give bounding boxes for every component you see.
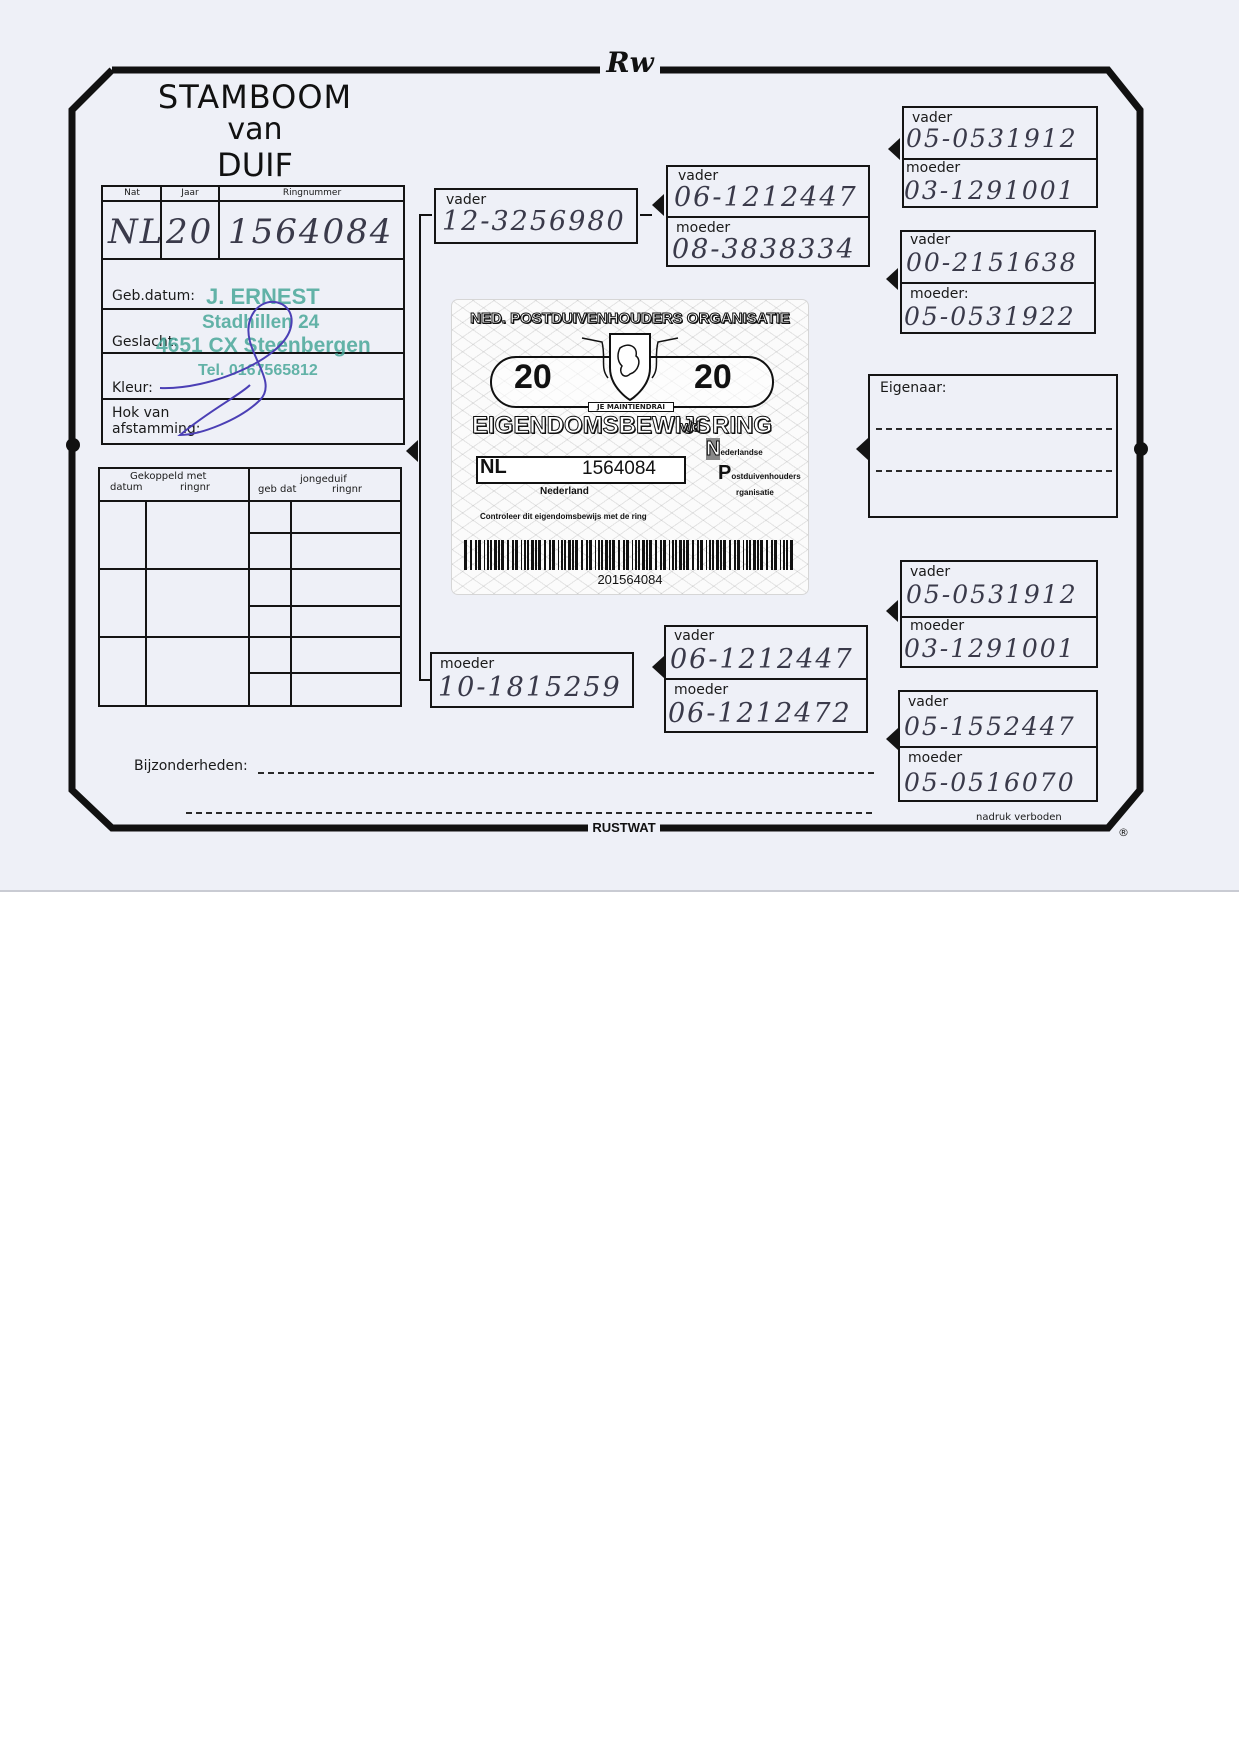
header-datum: datum (110, 482, 142, 493)
ggp1-moeder-ring: 03-1291001 (904, 176, 1076, 205)
country-name: Nederland (540, 486, 589, 497)
certificate-org: NED. POSTDUIVENHOUDERS ORGANISATIE (452, 310, 808, 327)
certificate-ring-number: 1564084 (582, 458, 656, 480)
registered-mark: ® (1118, 826, 1129, 839)
arrow-to-ggp-1 (888, 138, 900, 160)
ggp3-vader-ring: 05-0531912 (906, 580, 1078, 609)
owner-line-2 (876, 470, 1112, 472)
signature (140, 270, 340, 440)
gp-maternal-vader-label: vader (674, 628, 714, 644)
certificate-instruction: Controleer dit eigendomsbewijs met de ri… (480, 512, 647, 521)
value-nat: NL (108, 212, 164, 252)
header-ringnr-1: ringnr (180, 482, 210, 493)
ggp2-moeder-label: moeder: (910, 286, 969, 302)
gp-maternal-moeder-label: moeder (674, 682, 728, 698)
remarks-line-1 (258, 772, 874, 774)
ggp2-vader-ring: 00-2151638 (906, 248, 1078, 277)
gp-maternal-vader-ring: 06-1212447 (670, 644, 854, 675)
title-van: van (200, 112, 310, 147)
value-ringnummer: 1564084 (228, 212, 393, 252)
breeding-table (98, 467, 402, 707)
certificate-title: EIGENDOMSBEWIJS (472, 412, 711, 440)
ownership-certificate-sticker: NED. POSTDUIVENHOUDERS ORGANISATIE 20 20… (452, 300, 808, 594)
header-nat: Nat (104, 188, 160, 198)
ggp3-moeder-label: moeder (910, 618, 964, 634)
ggp3-vader-label: vader (910, 564, 950, 580)
npo-rest-o: rganisatie (736, 488, 774, 497)
npo-line-o: rganisatie (736, 488, 774, 497)
parent-moeder-ring: 10-1815259 (438, 672, 622, 703)
certificate-title-end: RING (712, 412, 772, 440)
gp-paternal-moeder-ring: 08-3838334 (672, 234, 856, 265)
npo-rest-p: ostduivenhouders (731, 472, 800, 481)
ggp4-moeder-ring: 05-0516070 (904, 768, 1076, 797)
arrow-to-ggp-4 (886, 728, 898, 750)
ggp2-moeder-ring: 05-0531922 (904, 302, 1076, 331)
arrow-to-owner (856, 438, 868, 460)
ggp1-vader-ring: 05-0531912 (906, 124, 1078, 153)
npo-initial-p: P (718, 462, 731, 484)
arrow-to-pigeon (406, 440, 418, 462)
header-ringnummer: Ringnummer (220, 188, 404, 198)
ggp4-vader-ring: 05-1552447 (904, 712, 1076, 741)
header-jaar: Jaar (162, 188, 218, 198)
header-geb-dat: geb dat (258, 484, 296, 495)
country-code: NL (480, 456, 507, 479)
barcode-number: 201564084 (452, 572, 808, 587)
ggp4-moeder-label: moeder (908, 750, 962, 766)
barcode (464, 540, 796, 570)
header-ringnr-2: ringnr (332, 484, 362, 495)
gp-paternal-vader-ring: 06-1212447 (674, 182, 858, 213)
title-stamboom: STAMBOOM (130, 78, 380, 116)
npo-line-n: Nederlandse (706, 438, 763, 461)
remarks-label: Bijzonderheden: (134, 758, 248, 774)
arrow-to-vader (652, 194, 664, 216)
header-gekoppeld-met: Gekoppeld met (130, 471, 206, 482)
parent-moeder-label: moeder (440, 656, 494, 672)
lion-coat-of-arms-icon (572, 328, 688, 408)
punch-hole-left (66, 438, 80, 452)
remarks-line-2 (186, 812, 872, 814)
year-right: 20 (694, 358, 732, 397)
owner-label: Eigenaar: (880, 380, 947, 396)
npo-initial-n: N (706, 438, 720, 460)
owner-line-1 (876, 428, 1112, 430)
arrow-to-ggp-3 (886, 600, 898, 622)
punch-hole-right (1134, 442, 1148, 456)
arrow-to-ggp-2 (886, 268, 898, 290)
rw-logo: Rw (600, 46, 660, 79)
value-jaar: 20 (166, 212, 213, 252)
npo-rest-n: ederlandse (720, 448, 762, 457)
ggp2-vader-label: vader (910, 232, 950, 248)
npo-line-p: Postduivenhouders (718, 462, 801, 485)
certificate-title-suffix: v/d (680, 418, 700, 434)
pedigree-card: Rw STAMBOOM van DUIF Nat Jaar Ringnummer… (0, 0, 1239, 892)
gp-maternal-moeder-ring: 06-1212472 (668, 698, 852, 729)
ggp3-moeder-ring: 03-1291001 (904, 634, 1076, 663)
footer-note: nadruk verboden (976, 812, 1062, 823)
arrow-to-moeder (652, 656, 664, 678)
parent-vader-ring: 12-3256980 (442, 206, 626, 237)
motto: JE MAINTIENDRAI (588, 402, 674, 412)
ggp1-moeder-label: moeder (906, 160, 960, 176)
rustwat-brand: RUSTWAT (588, 819, 660, 837)
title-duif: DUIF (190, 146, 320, 184)
ggp4-vader-label: vader (908, 694, 948, 710)
year-left: 20 (514, 358, 552, 397)
